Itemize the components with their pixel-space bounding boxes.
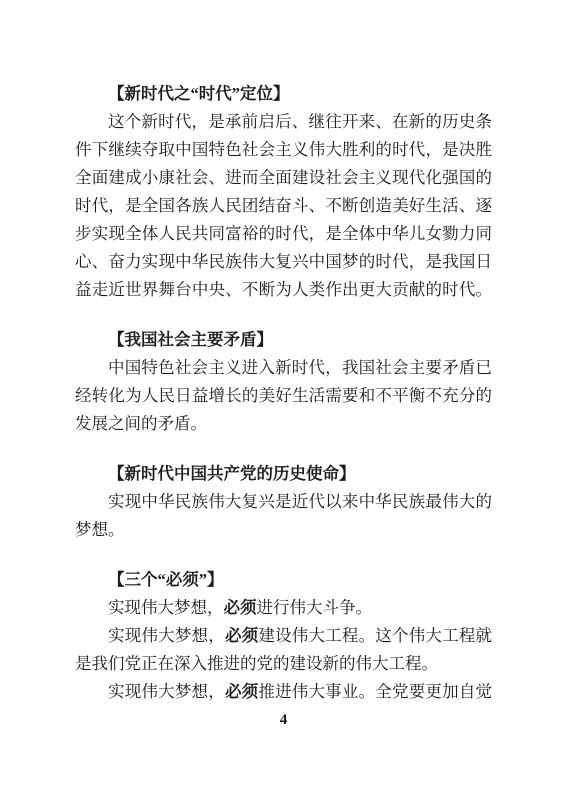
line-text: 是我们党正在深入推进的党的建设新的伟大工程。: [75, 654, 438, 673]
body-line: 实现中华民族伟大复兴是近代以来中华民族最伟大的: [75, 488, 492, 516]
emphasis-bold: 必须: [224, 598, 257, 617]
body-line: 心、奋力实现中华民族伟大复兴中国梦的时代，是我国日: [75, 248, 492, 276]
body-line: 发展之间的矛盾。: [75, 410, 492, 438]
emphasis-bold: 必须: [225, 626, 258, 645]
section-heading: 【新时代中国共产党的历史使命】: [75, 460, 492, 488]
body-line: 实现伟大梦想，必须建设伟大工程。这个伟大工程就: [75, 622, 492, 650]
body-line: 中国特色社会主义进入新时代，我国社会主要矛盾已: [75, 354, 492, 382]
page-number: 4: [0, 712, 567, 729]
body-line: 这个新时代，是承前启后、继往开来、在新的历史条: [75, 108, 492, 136]
section-heading: 【我国社会主要矛盾】: [75, 326, 492, 354]
body-line: 步实现全体人民共同富裕的时代，是全体中华儿女勠力同: [75, 220, 492, 248]
line-text: 进行伟大斗争。: [257, 598, 373, 617]
line-text: 实现伟大梦想，: [108, 626, 225, 645]
body-line: 全面建成小康社会、进而全面建设社会主义现代化强国的: [75, 164, 492, 192]
section-historic-mission: 【新时代中国共产党的历史使命】 实现中华民族伟大复兴是近代以来中华民族最伟大的 …: [75, 460, 492, 544]
section-heading: 【新时代之“时代”定位】: [75, 80, 492, 108]
body-line: 时代，是全国各族人民团结奋斗、不断创造美好生活、逐: [75, 192, 492, 220]
section-era-positioning: 【新时代之“时代”定位】 这个新时代，是承前启后、继往开来、在新的历史条 件下继…: [75, 80, 492, 304]
line-text: 实现伟大梦想，: [108, 598, 224, 617]
section-three-musts: 【三个“必须”】 实现伟大梦想，必须进行伟大斗争。 实现伟大梦想，必须建设伟大工…: [75, 566, 492, 706]
body-line: 梦想。: [75, 516, 492, 544]
document-page: 【新时代之“时代”定位】 这个新时代，是承前启后、继往开来、在新的历史条 件下继…: [0, 0, 567, 793]
section-principal-contradiction: 【我国社会主要矛盾】 中国特色社会主义进入新时代，我国社会主要矛盾已 经转化为人…: [75, 326, 492, 438]
line-text: 建设伟大工程。这个伟大工程就: [258, 626, 492, 645]
body-line: 是我们党正在深入推进的党的建设新的伟大工程。: [75, 650, 492, 678]
section-heading: 【三个“必须”】: [75, 566, 492, 594]
line-text: 实现伟大梦想，: [108, 682, 225, 701]
body-line: 实现伟大梦想，必须进行伟大斗争。: [75, 594, 492, 622]
emphasis-bold: 必须: [225, 682, 258, 701]
line-text: 推进伟大事业。全党要更加自觉: [258, 682, 492, 701]
page-content: 【新时代之“时代”定位】 这个新时代，是承前启后、继往开来、在新的历史条 件下继…: [0, 0, 567, 706]
body-line: 经转化为人民日益增长的美好生活需要和不平衡不充分的: [75, 382, 492, 410]
body-line: 益走近世界舞台中央、不断为人类作出更大贡献的时代。: [75, 276, 492, 304]
body-line: 件下继续夺取中国特色社会主义伟大胜利的时代，是决胜: [75, 136, 492, 164]
body-line: 实现伟大梦想，必须推进伟大事业。全党要更加自觉: [75, 678, 492, 706]
